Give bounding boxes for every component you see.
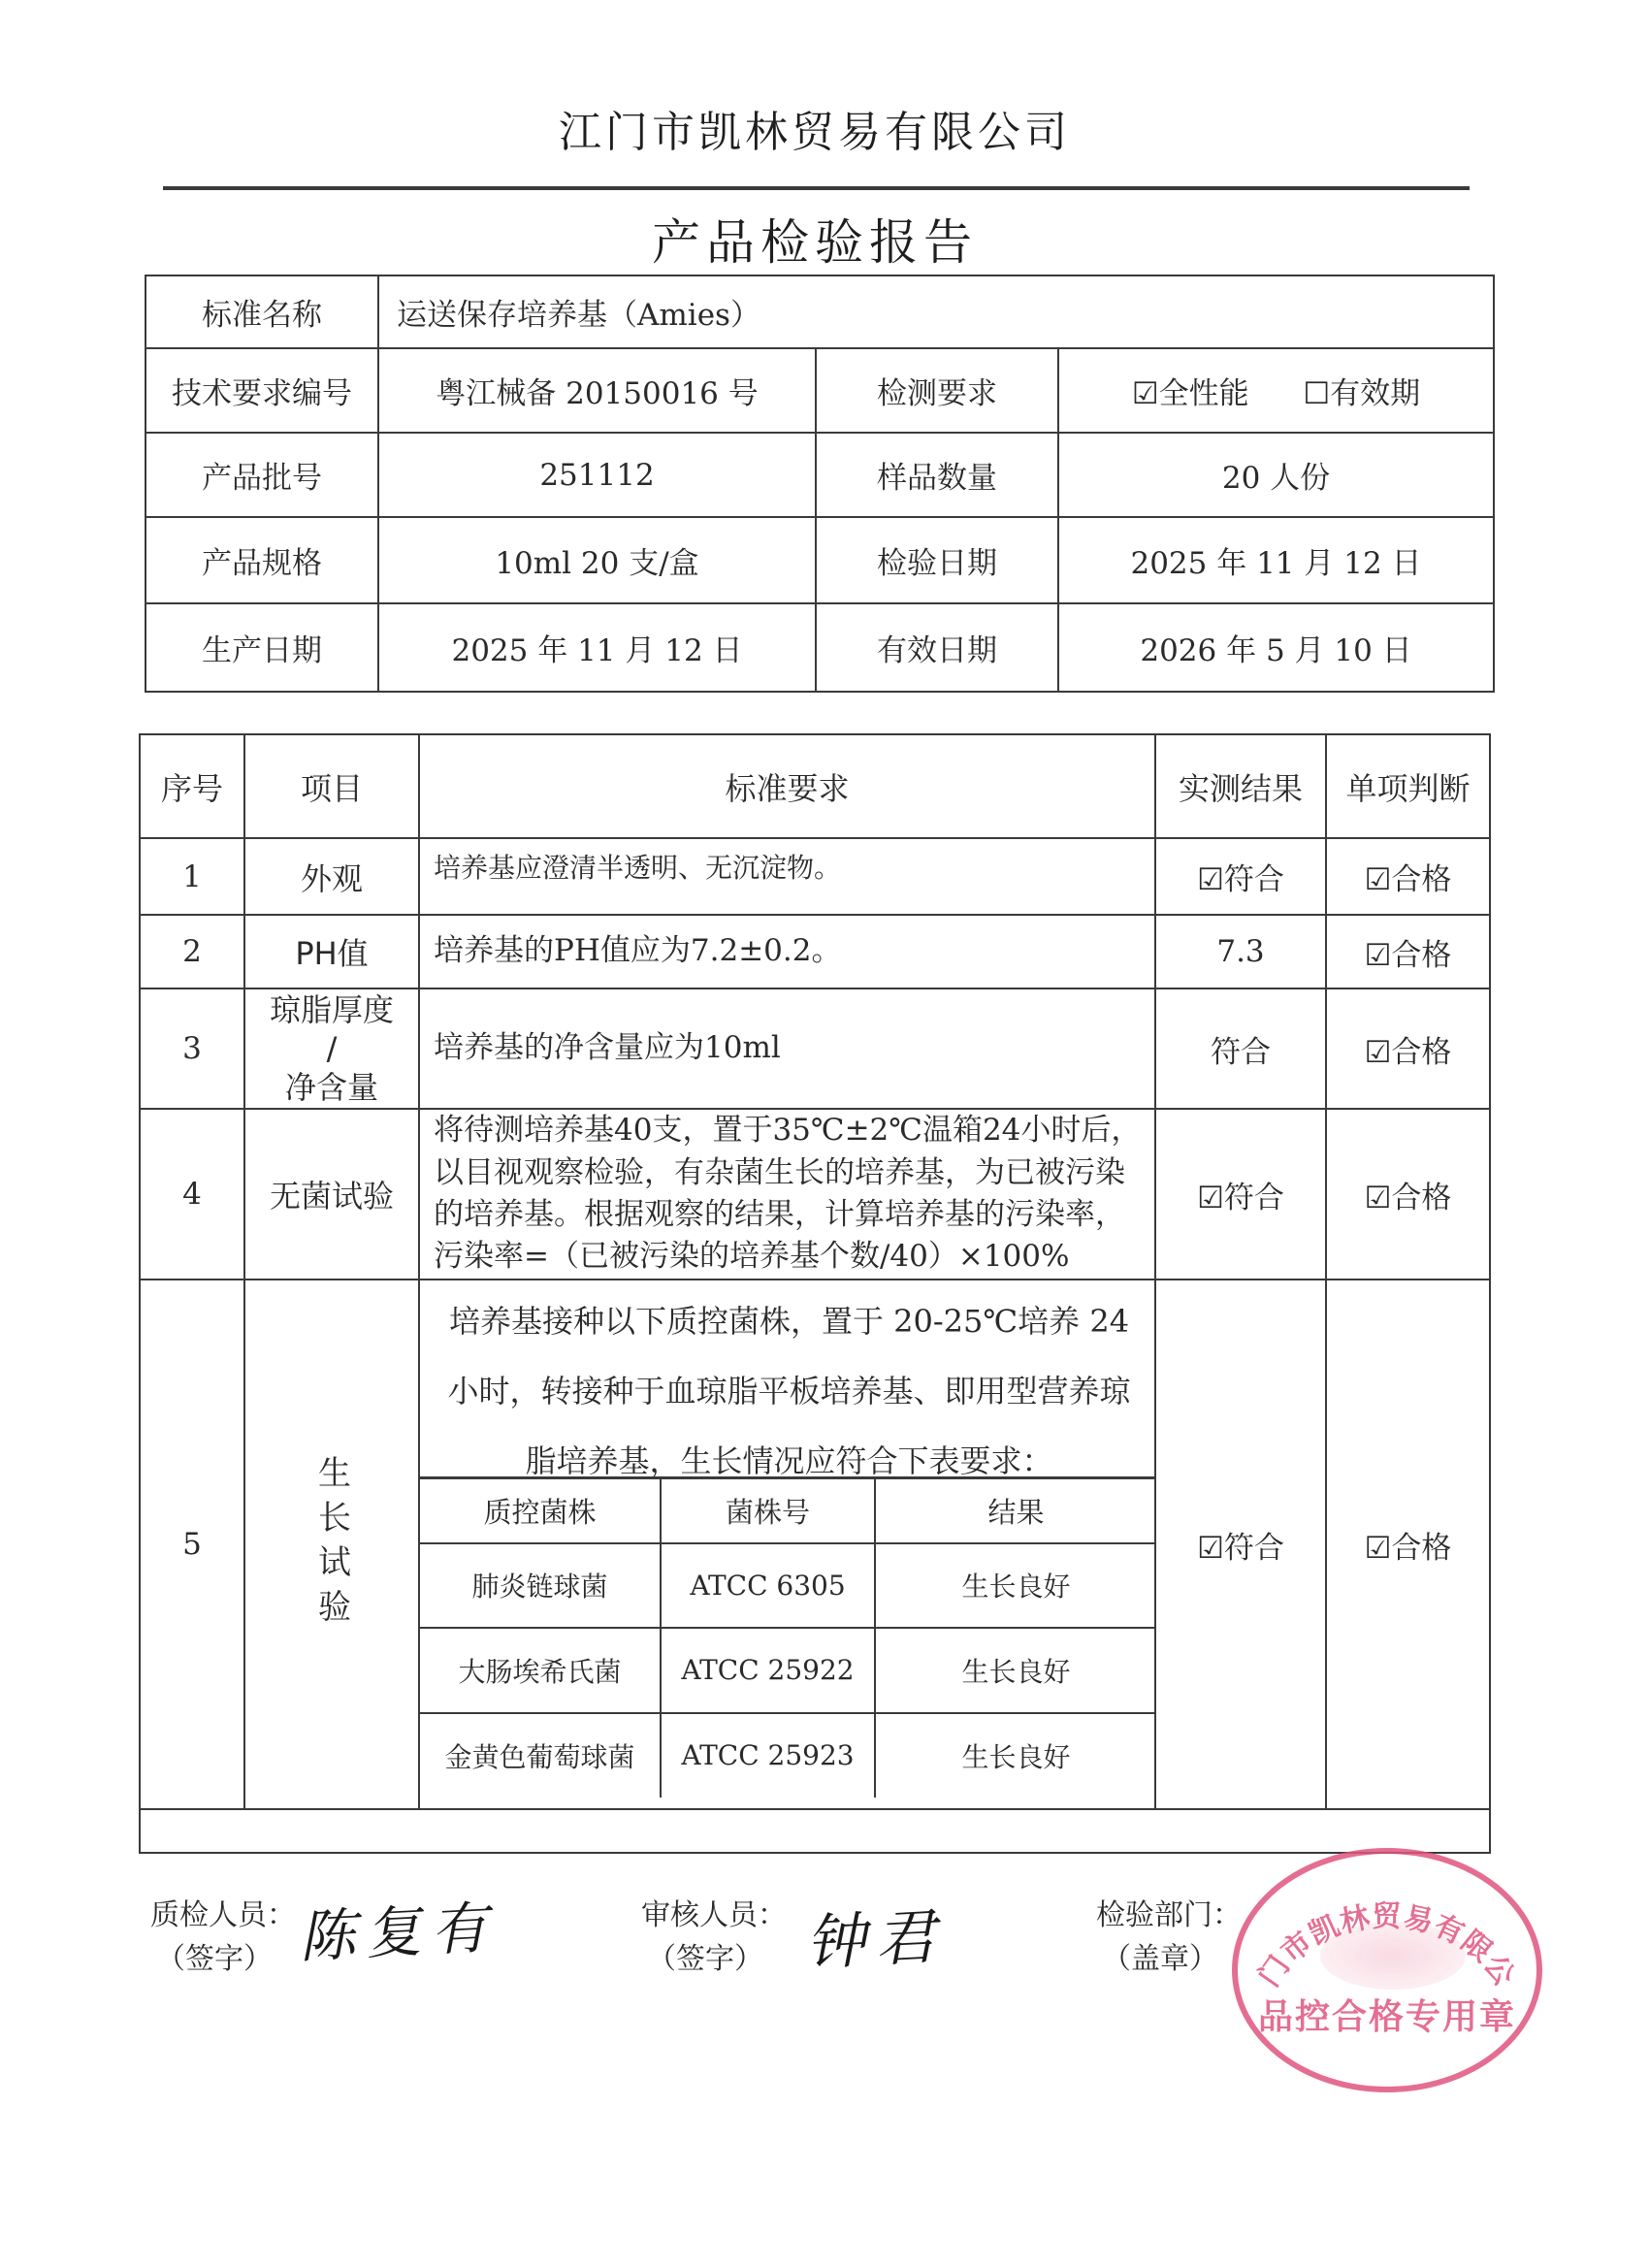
row-requirement: 将待测培养基40支，置于35℃±2℃温箱24小时后，以目视观察检验，有杂菌生长的… [419,1109,1155,1280]
table-header-row: 序号 项目 标准要求 实测结果 单项判断 [140,734,1490,838]
company-seal-stamp: 江门市凯林贸易有限公司 品控合格专用章 [1232,1848,1542,2092]
checkbox-unchecked-icon: ☐ [1303,376,1330,411]
full-performance-label: 全性能 [1159,376,1249,411]
row-no: 4 [140,1109,244,1280]
header-item: 项目 [244,734,419,838]
inspector-sub: （签字） [150,1937,296,1981]
row-requirement: 培养基的PH值应为7.2±0.2。 [419,915,1155,988]
row-requirement: 培养基的净含量应为10ml [419,988,1155,1109]
strain-header: 质控菌株 [420,1478,661,1543]
table-row: 1 外观 培养基应澄清半透明、无沉淀物。 ☑符合 ☑合格 [140,838,1490,915]
report-title: 产品检验报告 [0,204,1630,274]
checkbox-checked-icon: ☑ [1197,1531,1224,1566]
checkbox-checked-icon: ☑ [1365,862,1392,897]
empty-cell [140,1809,1490,1853]
strain-name: 肺炎链球菌 [420,1543,661,1628]
stamp-bottom-text: 品控合格专用章 [1238,1990,1536,2039]
table-empty-row [140,1809,1490,1853]
reviewer-label: 审核人员： [641,1894,787,1937]
table-row: 5 生长试验 培养基接种以下质控菌株，置于 20-25℃培养 24 小时，转接种… [140,1280,1490,1809]
result-text: 符合 [1224,1531,1284,1566]
item-line: / [245,1029,418,1068]
expiry-value: 2026 年 5 月 10 日 [1058,603,1494,692]
strain-name: 大肠埃希氏菌 [420,1628,661,1713]
row-requirement-cell: 培养基接种以下质控菌株，置于 20-25℃培养 24 小时，转接种于血琼脂平板培… [419,1280,1155,1809]
test-req-options: ☑全性能 ☐有效期 [1058,348,1494,433]
row-result: ☑符合 [1155,1109,1326,1280]
strain-result: 生长良好 [875,1628,1156,1713]
inspector-block: 质检人员： （签字） [150,1894,296,1981]
row-item: 无菌试验 [244,1109,419,1280]
header-no: 序号 [140,734,244,838]
checkbox-checked-icon: ☑ [1132,376,1159,411]
row-item: PH值 [244,915,419,988]
strain-table: 质控菌株 菌株号 结果 肺炎链球菌 ATCC 6305 生长良好 大肠埃希氏菌 … [420,1476,1156,1798]
stamp-arc-text: 江门市凯林贸易有限公司 [1238,1854,1536,2087]
spec-label: 产品规格 [145,517,378,603]
judgement-text: 合格 [1391,938,1451,973]
row-item: 生长试验 [244,1280,419,1809]
row-no: 5 [140,1280,244,1809]
dept-label: 检验部门： [1096,1894,1242,1937]
batch-label: 产品批号 [145,433,378,517]
header-judgement: 单项判断 [1326,734,1490,838]
result-text: 符合 [1224,1181,1284,1215]
item-line: 净含量 [245,1068,418,1107]
test-date-label: 检验日期 [816,517,1058,603]
reviewer-block: 审核人员： （签字） [641,1894,787,1981]
checkbox-checked-icon: ☑ [1197,1181,1224,1215]
checkbox-full-performance[interactable]: ☑全性能 [1132,376,1259,411]
checkbox-checked-icon: ☑ [1365,938,1392,973]
test-date-value: 2025 年 11 月 12 日 [1058,517,1494,603]
row-no: 1 [140,838,244,915]
strain-id: ATCC 6305 [661,1543,875,1628]
dept-sub: （盖章） [1096,1937,1242,1981]
strain-row: 金黄色葡萄球菌 ATCC 25923 生长良好 [420,1713,1156,1798]
row-result: 符合 [1155,988,1326,1109]
validity-label: 有效期 [1330,376,1420,411]
inspection-items-table: 序号 项目 标准要求 实测结果 单项判断 1 外观 培养基应澄清半透明、无沉淀物… [139,733,1491,1854]
row-no: 2 [140,915,244,988]
strain-row: 大肠埃希氏菌 ATCC 25922 生长良好 [420,1628,1156,1713]
row-requirement: 培养基应澄清半透明、无沉淀物。 [419,838,1155,915]
row-judgement: ☑合格 [1326,838,1490,915]
judgement-text: 合格 [1391,862,1451,897]
prod-date-value: 2025 年 11 月 12 日 [378,603,816,692]
standard-name-label: 标准名称 [145,275,378,348]
checkbox-validity[interactable]: ☐有效期 [1303,376,1420,411]
strain-name: 金黄色葡萄球菌 [420,1713,661,1798]
row-judgement: ☑合格 [1326,1280,1490,1809]
test-req-label: 检测要求 [816,348,1058,433]
row-result: 7.3 [1155,915,1326,988]
row-judgement: ☑合格 [1326,1109,1490,1280]
tech-req-label: 技术要求编号 [145,348,378,433]
checkbox-checked-icon: ☑ [1197,862,1224,897]
row-item: 琼脂厚度 / 净含量 [244,988,419,1109]
sample-qty-label: 样品数量 [816,433,1058,517]
strain-id: ATCC 25922 [661,1628,875,1713]
table-row: 3 琼脂厚度 / 净含量 培养基的净含量应为10ml 符合 ☑合格 [140,988,1490,1109]
tech-req-value: 粤江械备 20150016 号 [378,348,816,433]
stamp-top-text: 江门市凯林贸易有限公司 [1238,1854,1522,1993]
row-item: 外观 [244,838,419,915]
svg-text:江门市凯林贸易有限公司: 江门市凯林贸易有限公司 [1238,1854,1522,1993]
batch-value: 251112 [378,433,816,517]
prod-date-label: 生产日期 [145,603,378,692]
strain-id-header: 菌株号 [661,1478,875,1543]
checkbox-checked-icon: ☑ [1365,1181,1392,1215]
reviewer-sub: （签字） [641,1937,787,1981]
row-judgement: ☑合格 [1326,915,1490,988]
company-name: 江门市凯林贸易有限公司 [0,97,1630,159]
judgement-text: 合格 [1391,1181,1451,1215]
strain-id: ATCC 25923 [661,1713,875,1798]
header-requirement: 标准要求 [419,734,1155,838]
row-requirement: 培养基接种以下质控菌株，置于 20-25℃培养 24 小时，转接种于血琼脂平板培… [420,1280,1154,1476]
result-text: 符合 [1224,862,1284,897]
inspector-signature: 陈复有 [297,1882,499,1974]
expiry-label: 有效日期 [816,603,1058,692]
strain-row: 肺炎链球菌 ATCC 6305 生长良好 [420,1543,1156,1628]
header-result: 实测结果 [1155,734,1326,838]
strain-result-header: 结果 [875,1478,1156,1543]
title-divider [163,186,1470,190]
row-item-vertical: 生长试验 [308,1455,356,1634]
spec-value: 10ml 20 支/盒 [378,517,816,603]
row-result: ☑符合 [1155,838,1326,915]
standard-name-value: 运送保存培养基（Amies） [378,275,1494,348]
table-row: 2 PH值 培养基的PH值应为7.2±0.2。 7.3 ☑合格 [140,915,1490,988]
sample-qty-value: 20 人份 [1058,433,1494,517]
dept-block: 检验部门： （盖章） [1096,1894,1242,1981]
product-info-table: 标准名称 运送保存培养基（Amies） 技术要求编号 粤江械备 20150016… [145,275,1495,693]
checkbox-checked-icon: ☑ [1365,1531,1392,1566]
row-result: ☑符合 [1155,1280,1326,1809]
row-judgement: ☑合格 [1326,988,1490,1109]
strain-result: 生长良好 [875,1713,1156,1798]
checkbox-checked-icon: ☑ [1365,1035,1392,1070]
strain-header-row: 质控菌株 菌株号 结果 [420,1478,1156,1543]
row-no: 3 [140,988,244,1109]
inspector-label: 质检人员： [150,1894,296,1937]
reviewer-signature: 钟君 [803,1888,947,1981]
strain-result: 生长良好 [875,1543,1156,1628]
table-row: 4 无菌试验 将待测培养基40支，置于35℃±2℃温箱24小时后，以目视观察检验… [140,1109,1490,1280]
judgement-text: 合格 [1391,1531,1451,1566]
item-line: 琼脂厚度 [245,990,418,1029]
judgement-text: 合格 [1391,1035,1451,1070]
